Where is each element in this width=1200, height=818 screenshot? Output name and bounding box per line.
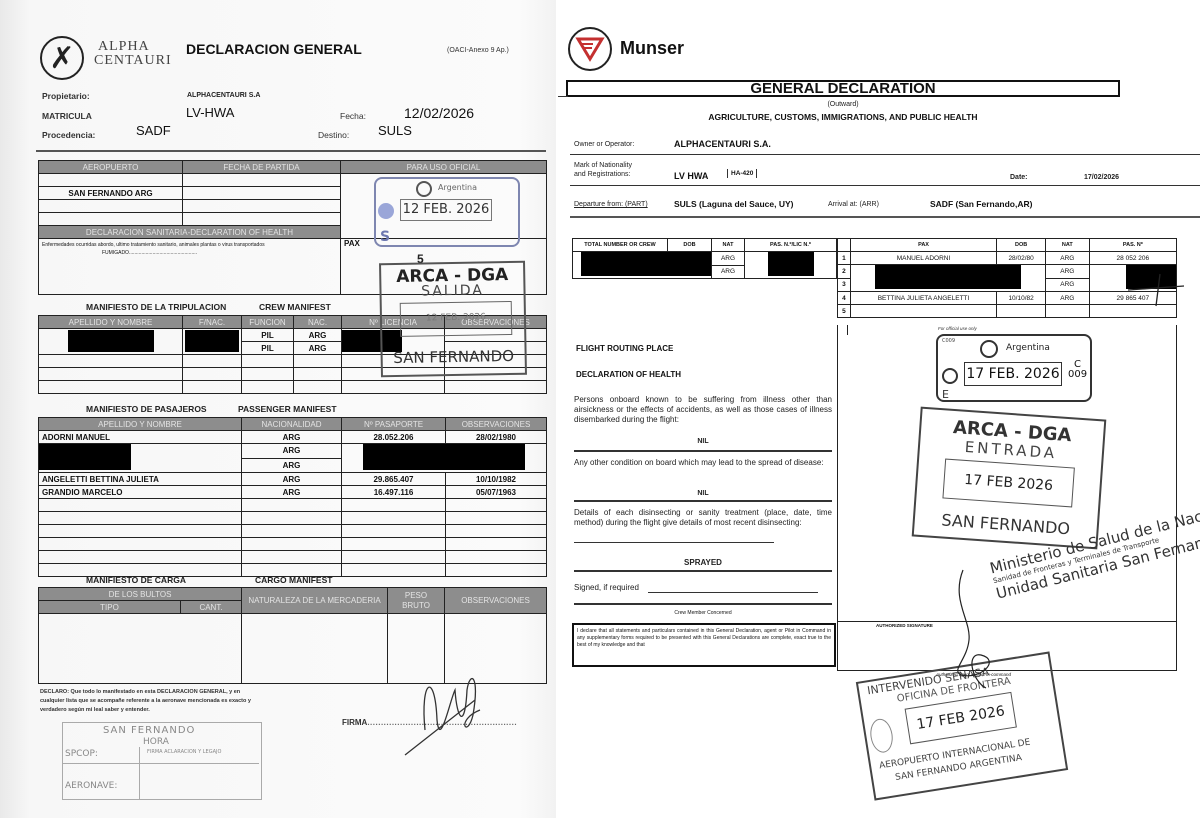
sun-emblem-icon <box>416 181 432 197</box>
declaration-text: DECLARO: Que todo lo manifestado en esta… <box>40 688 260 715</box>
pax-name <box>850 305 996 318</box>
authorized-signature-label: AUTHORIZED SIGNATURE <box>876 623 933 628</box>
cargo-group-header: DE LOS BULTOS <box>39 588 242 601</box>
nationality-label-1: Mark of Nationality <box>574 161 632 170</box>
signature-scribble-icon <box>395 660 505 765</box>
brand-line-2: CENTAURI <box>94 54 172 68</box>
migration-country: Argentina <box>438 183 477 192</box>
crew-row: ARG <box>573 252 837 266</box>
passenger-nat: ARG <box>242 431 342 444</box>
crew-header-dob: DOB <box>668 239 712 252</box>
aircraft-type: HA-420 <box>727 169 757 178</box>
migration-code-num: 009 <box>1068 370 1087 380</box>
pax-nat: ARG <box>1045 278 1089 292</box>
crew-header-name: TOTAL NUMBER OR CREW <box>573 239 668 252</box>
crew-manifest-title-es: MANIFIESTO DE LA TRIPULACION <box>86 302 226 312</box>
pax-row: 1MANUEL ADORNI28/02/80ARG28 052 206 <box>838 252 1177 265</box>
arrival-value: SADF (San Fernando,AR) <box>930 199 1032 209</box>
authorized-signature-scribble-icon <box>941 560 1021 690</box>
pax-header-name: PAX <box>850 239 996 252</box>
seal-icon <box>378 203 394 219</box>
passenger-row: ARG <box>39 444 547 459</box>
passenger-row: ADORNI MANUELARG28.052.20628/02/1980 <box>39 431 547 444</box>
passenger-obs: 05/07/1963 <box>446 486 547 499</box>
brand-line-1: ALPHA <box>94 40 172 54</box>
arrival-label: Arrival at: (ARR) <box>828 201 879 208</box>
annex-reference: (OACI-Anexo 9 Ap.) <box>447 47 509 54</box>
date-value: 12/02/2026 <box>404 105 474 121</box>
passenger-row: GRANDIO MARCELOARG16.497.11605/07/1963 <box>39 486 547 499</box>
cargo-header-obs: OBSERVACIONES <box>445 588 547 614</box>
sfo-stamp-line1: SAN FERNANDO <box>103 725 195 736</box>
official-use-header: PARA USO OFICIAL <box>341 161 547 174</box>
health-question-1: Persons onboard known to be suffering fr… <box>574 395 832 425</box>
health-answer-2: NIL <box>574 490 832 497</box>
pax-header-name: APELLIDO Y NOMBRE <box>39 418 242 431</box>
departure-value: SULS (Laguna del Sauce, UY) <box>674 199 794 209</box>
crew-header-name: APELLIDO Y NOMBRE <box>39 316 183 329</box>
subtitle-agencies: AGRICULTURE, CUSTOMS, IMMIGRATIONS, AND … <box>566 112 1120 122</box>
sfo-stamp: SAN FERNANDO HORA SPCOP: FIRMA ACLARACIO… <box>62 722 262 800</box>
flight-routing-label: FLIGHT ROUTING PLACE <box>576 344 673 353</box>
cargo-manifest-title-es: MANIFIESTO DE CARGA <box>86 575 186 585</box>
migration-date: 17 FEB. 2026 <box>964 362 1062 386</box>
header-divider <box>36 150 546 152</box>
pax-dob <box>997 305 1046 318</box>
destination-label: Destino: <box>318 130 349 140</box>
alpha-centauri-logo-icon: ✗ <box>40 36 84 80</box>
crew-nat: ARG <box>294 342 342 355</box>
airport-value: SAN FERNANDO ARG <box>39 187 183 200</box>
health-answer-3: SPRAYED <box>574 558 832 567</box>
passenger-nat: ARG <box>242 458 342 473</box>
sun-emblem-icon <box>980 340 998 358</box>
migration-date: 12 FEB. 2026 <box>400 199 492 221</box>
pax-label: PAX <box>344 239 360 248</box>
crew-manifest-title-en: CREW MANIFEST <box>259 302 331 312</box>
health-answer-1: NIL <box>574 438 832 445</box>
nationality-label-2: and Registrations: <box>574 170 632 179</box>
pax-header-dob: DOB <box>997 239 1046 252</box>
origin-label: Procedencia: <box>42 130 95 140</box>
health-cell: Enfermedades ocurridas abordo, ultimo tr… <box>39 239 341 295</box>
health-declaration-label: DECLARATION OF HEALTH <box>576 370 681 379</box>
migration-entry-stamp: C009 Argentina 17 FEB. 2026 C009 E <box>936 334 1092 402</box>
customs-exit-stamp: ARCA - DGA SALIDA 12 FEB. 2026 SAN FERNA… <box>379 261 527 378</box>
pax-dob: 10/10/82 <box>997 292 1046 305</box>
crew-table: TOTAL NUMBER OR CREW DOB NAT PAS. N.º/LI… <box>572 238 837 279</box>
munser-brand: Munser <box>620 38 684 59</box>
redacted-name <box>39 444 131 470</box>
customs-date: 17 FEB 2026 <box>942 459 1074 508</box>
pax-num: 4 <box>838 292 851 305</box>
crew-header-function: FUNCION <box>242 316 294 329</box>
crew-nat: ARG <box>294 329 342 342</box>
sfo-stamp-line2: HORA <box>143 737 169 747</box>
registration-value: LV HWA <box>674 171 708 181</box>
crew-nat: ARG <box>712 252 745 266</box>
health-answer: FUMIGADO <box>102 250 129 256</box>
alpha-centauri-brand: ALPHA CENTAURI <box>94 40 172 68</box>
sfo-stamp-hint: FIRMA ACLARACION Y LEGAJO <box>147 749 221 755</box>
pax-nat: ARG <box>1045 265 1089 279</box>
passenger-nat: ARG <box>242 473 342 486</box>
pax-num: 3 <box>838 278 851 292</box>
owner-value: ALPHACENTAURI S.A <box>187 92 260 99</box>
health-header: DECLARACION SANITARIA-DECLARATION OF HEA… <box>39 226 341 239</box>
redacted-passport <box>363 444 525 470</box>
redacted-pax <box>875 265 1021 289</box>
pax-nat <box>1045 305 1089 318</box>
pax-dob: 28/02/80 <box>997 252 1046 265</box>
migration-exit-stamp: Argentina 12 FEB. 2026 S <box>374 177 520 247</box>
pax-nat: ARG <box>1045 292 1089 305</box>
pax-num: 2 <box>838 265 851 279</box>
handwritten-mark-icon <box>1126 270 1186 310</box>
passenger-name: GRANDIO MARCELO <box>39 486 242 499</box>
pax-num: 1 <box>838 252 851 265</box>
crew-header-pas: PAS. N.º/LIC N.º <box>745 239 837 252</box>
pax-header-obs: OBSERVACIONES <box>446 418 547 431</box>
origin-value: SADF <box>136 123 171 138</box>
signed-label: Signed, if required <box>574 583 639 593</box>
passenger-manifest-title-en: PASSENGER MANIFEST <box>238 404 337 414</box>
destination-value: SULS <box>378 123 412 138</box>
migration-country: Argentina <box>1006 343 1050 353</box>
page-title: DECLARACION GENERAL <box>186 41 362 57</box>
cargo-header-weight: PESO BRUTO <box>388 588 445 614</box>
passenger-row: ANGELETTI BETTINA JULIETAARG29.865.40710… <box>39 473 547 486</box>
declaration-box: I declare that all statements and partic… <box>572 623 836 667</box>
passenger-manifest-table: APELLIDO Y NOMBRE NACIONALIDAD Nº PASAPO… <box>38 417 547 577</box>
cargo-header-type: TIPO <box>39 601 181 614</box>
declaracion-general-page: ✗ ALPHA CENTAURI DECLARACION GENERAL (OA… <box>0 0 556 818</box>
crew-header-dob: F/NAC. <box>183 316 242 329</box>
date-label: Fecha: <box>340 111 366 121</box>
logo-glyph: ✗ <box>49 41 74 76</box>
signed-line <box>648 592 818 593</box>
passenger-nat: ARG <box>242 486 342 499</box>
passenger-obs: 10/10/1982 <box>446 473 547 486</box>
customs-line2: SALIDA <box>381 282 523 300</box>
munser-logo-icon <box>568 27 612 71</box>
owner-label: Owner or Operator: <box>574 141 634 148</box>
pax-header-pas: PAS. Nº <box>1089 239 1176 252</box>
redacted-dob <box>185 330 239 352</box>
redacted-name <box>68 330 154 352</box>
crew-header-nat: NAC. <box>294 316 342 329</box>
migration-letter: S <box>380 229 390 245</box>
pax-header-nat: NACIONALIDAD <box>242 418 342 431</box>
pax-pas: 28 052 206 <box>1089 252 1176 265</box>
registration-value: LV-HWA <box>186 105 234 120</box>
crew-member-label: Crew Member Concerned <box>574 610 832 616</box>
health-question-2: Any other condition on board which may l… <box>574 458 832 468</box>
pax-header-passport: Nº PASAPORTE <box>342 418 446 431</box>
crew-nat: ARG <box>712 265 745 279</box>
pax-name: BETTINA JULIETA ANGELETTI <box>850 292 996 305</box>
departure-date-header: FECHA DE PARTIDA <box>183 161 341 174</box>
pax-num: 5 <box>838 305 851 318</box>
passenger-manifest-title-es: MANIFIESTO DE PASAJEROS <box>86 404 207 414</box>
passenger-passport: 16.497.116 <box>342 486 446 499</box>
sfo-stamp-field1: SPCOP: <box>65 749 98 759</box>
seal-icon <box>942 368 958 384</box>
airport-header: AEROPUERTO <box>39 161 183 174</box>
outward-label: (Outward) <box>566 101 1120 108</box>
customs-date: 12 FEB. 2026 <box>400 301 513 337</box>
migration-code-top: C009 <box>942 338 955 344</box>
passenger-passport: 29.865.407 <box>342 473 446 486</box>
cargo-manifest-title-en: CARGO MANIFEST <box>255 575 332 585</box>
registration-label: MATRICULA <box>42 111 92 121</box>
owner-label: Propietario: <box>42 91 90 101</box>
health-question: Enfermedades ocurridas abordo, ultimo tr… <box>42 241 337 249</box>
redacted-crew-pas <box>768 252 814 276</box>
crew-header-nat: NAT <box>712 239 745 252</box>
migration-letter: E <box>942 388 949 401</box>
redacted-crew <box>581 252 711 276</box>
date-label: Date: <box>1010 174 1028 181</box>
general-declaration-page: Munser GENERAL DECLARATION (Outward) AGR… <box>556 0 1200 818</box>
customs-entry-stamp: ARCA - DGA ENTRADA 17 FEB 2026 SAN FERNA… <box>912 407 1107 550</box>
pax-nat: ARG <box>1045 252 1089 265</box>
customs-place: SAN FERNANDO <box>914 509 1097 541</box>
date-value: 17/02/2026 <box>1084 174 1119 181</box>
health-question-3: Details of each disinsecting or sanity t… <box>574 508 832 528</box>
passenger-obs: 28/02/1980 <box>446 431 547 444</box>
official-use-label: For official use only <box>938 326 977 331</box>
owner-value: ALPHACENTAURI S.A. <box>674 139 771 149</box>
passenger-passport: 28.052.206 <box>342 431 446 444</box>
cargo-header-qty: CANT. <box>181 601 242 614</box>
pax-header-nat: NAT <box>1045 239 1089 252</box>
national-emblem-icon <box>868 717 895 754</box>
customs-place: SAN FERNANDO <box>383 347 525 367</box>
passenger-nat: ARG <box>242 444 342 459</box>
firma-label: FIRMA <box>342 718 367 727</box>
departure-label: Departure from: (PART) <box>574 201 648 208</box>
passenger-name: ANGELETTI BETTINA JULIETA <box>39 473 242 486</box>
crew-function: PIL <box>242 342 294 355</box>
crew-function: PIL <box>242 329 294 342</box>
cargo-header-nature: NATURALEZA DE LA MERCADERIA <box>242 588 388 614</box>
passenger-name: ADORNI MANUEL <box>39 431 242 444</box>
nationality-label: Mark of Nationality and Registrations: <box>574 161 632 179</box>
pax-name: MANUEL ADORNI <box>850 252 996 265</box>
general-declaration-title: GENERAL DECLARATION <box>566 80 1120 97</box>
sfo-stamp-field2: AERONAVE: <box>65 781 117 791</box>
